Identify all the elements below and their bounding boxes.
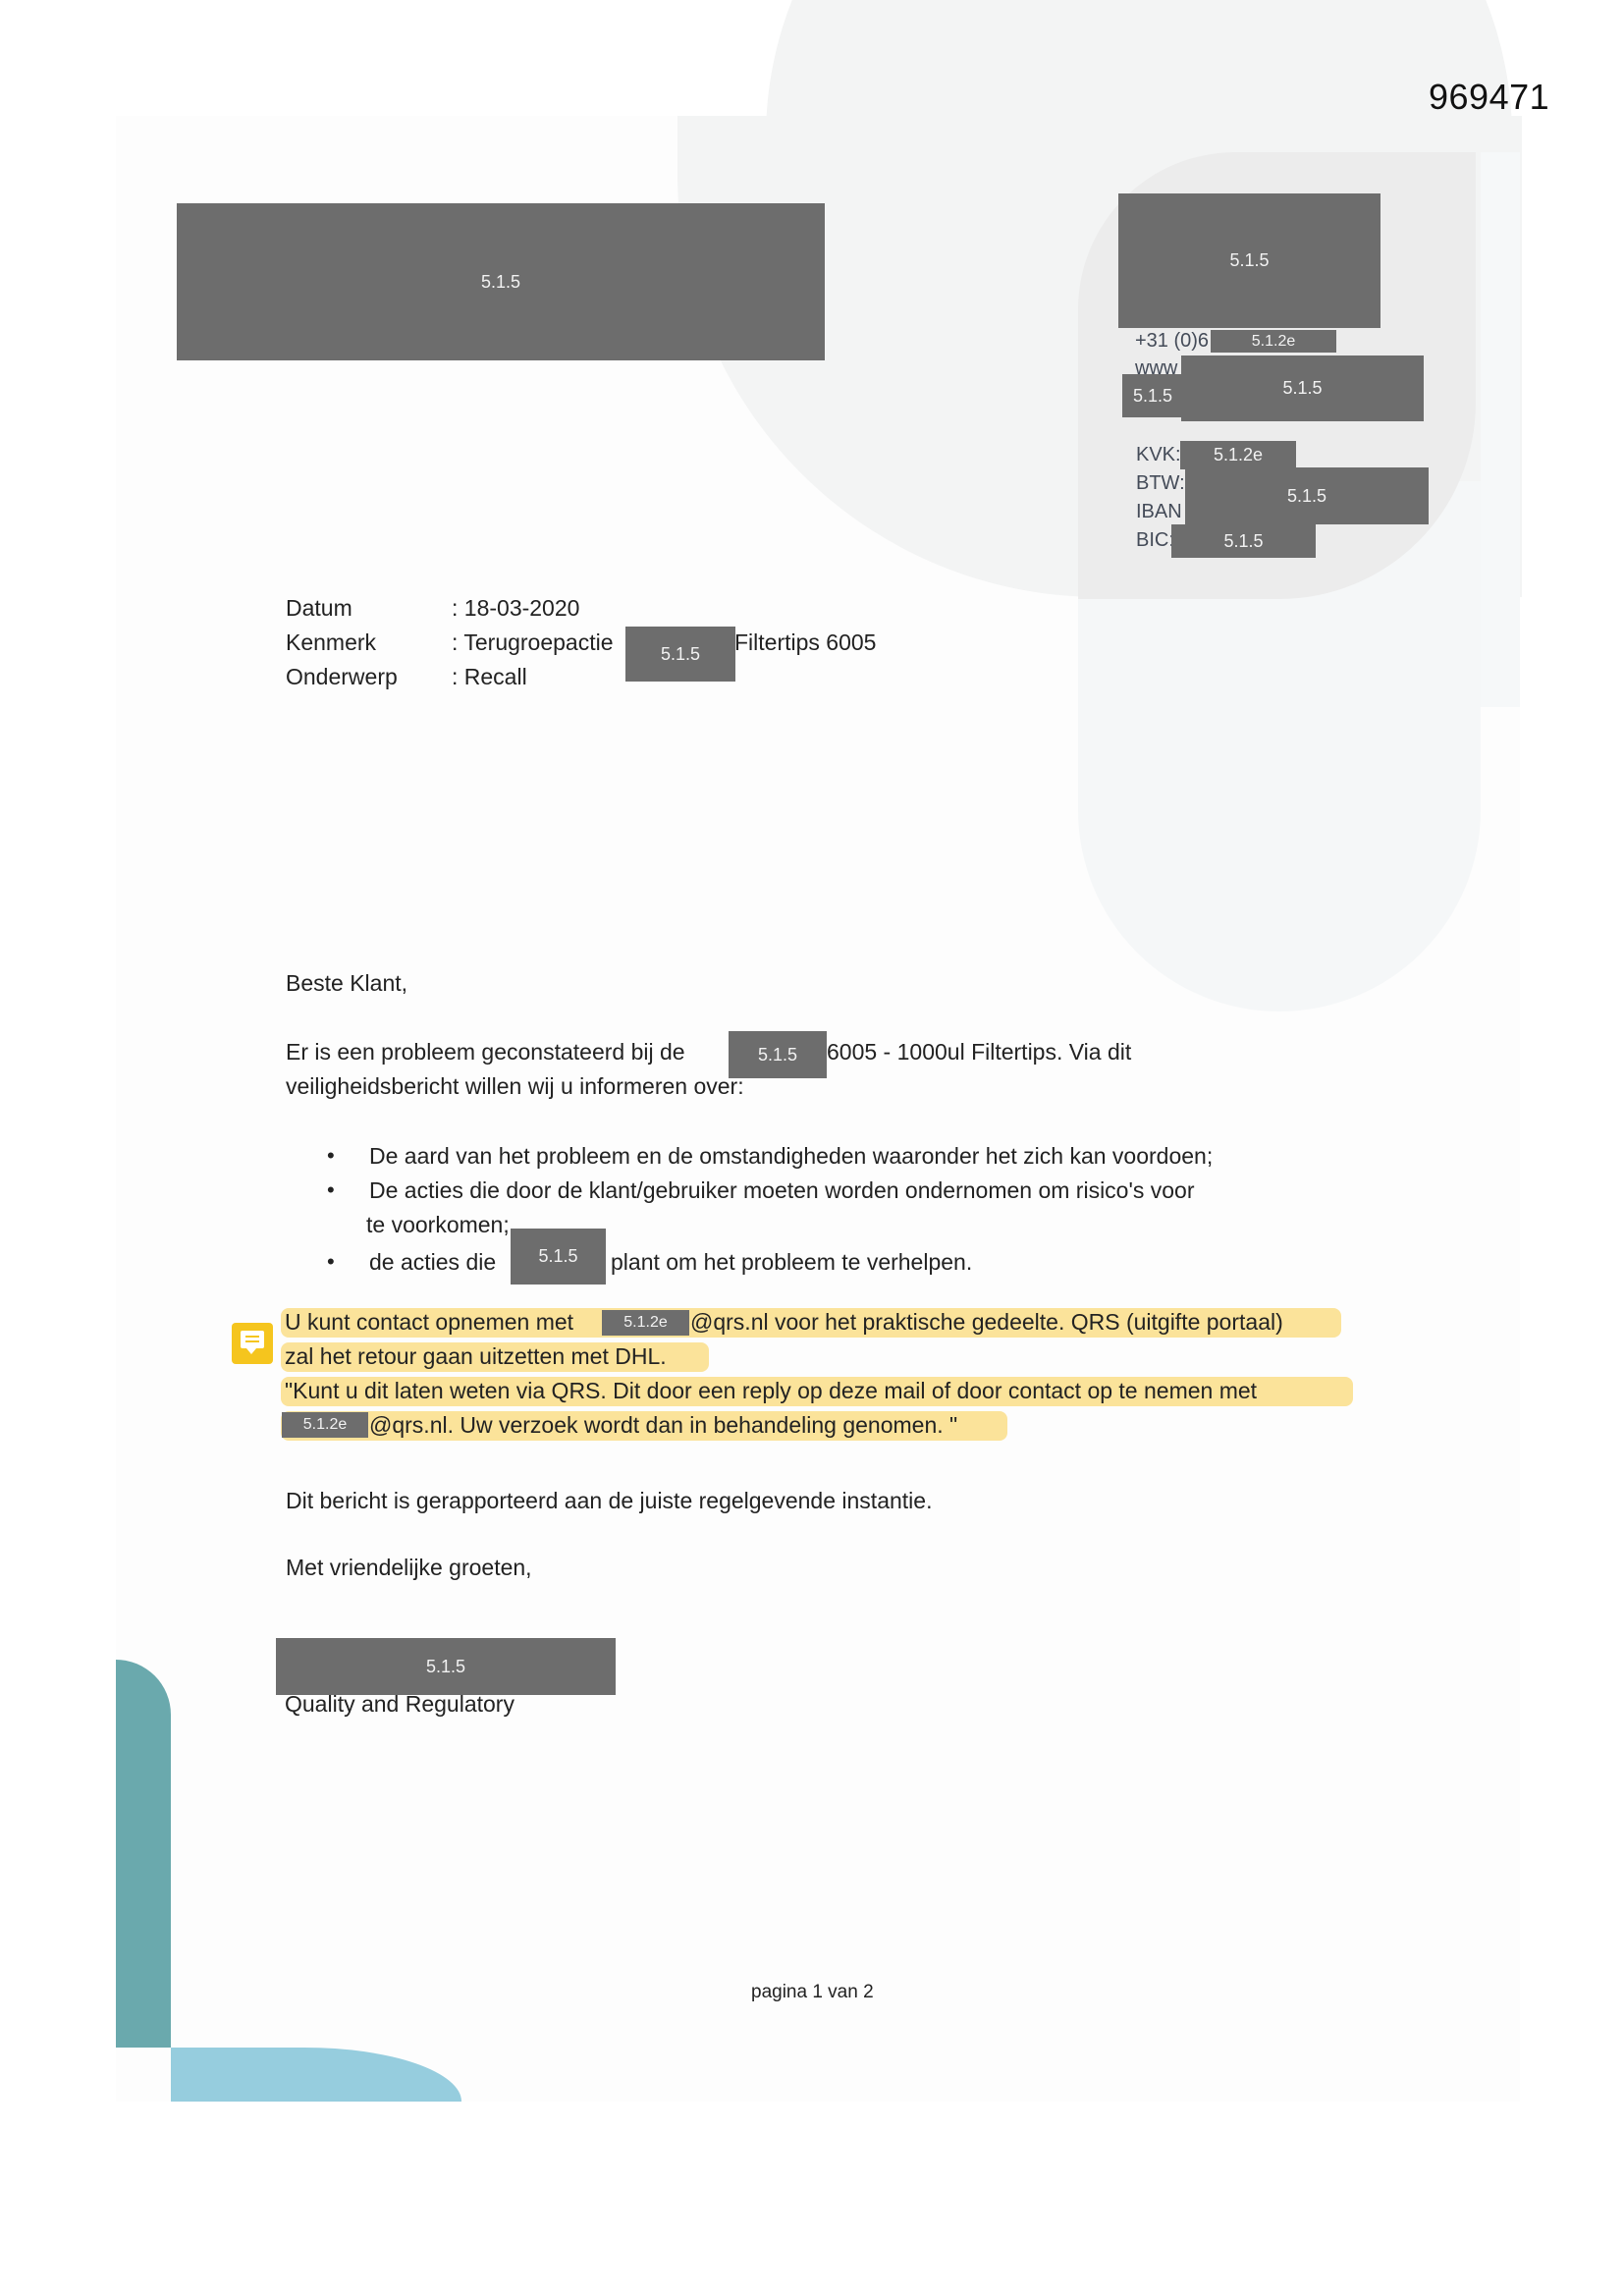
comment-line: [245, 1340, 259, 1342]
decorative-teal-bar: [116, 1660, 171, 2048]
page-number: pagina 1 van 2: [751, 1982, 874, 2003]
iban-label: IBAN: [1136, 501, 1182, 523]
web-redaction-large: 5.1.5: [1181, 355, 1424, 421]
bullet-item-3-after: plant om het probleem te verhelpen.: [611, 1249, 972, 1276]
intro-text-after: 6005 - 1000ul Filtertips. Via dit: [827, 1039, 1131, 1066]
document-number: 969471: [1429, 77, 1549, 118]
highlight-line-3: "Kunt u dit laten weten via QRS. Dit doo…: [285, 1378, 1257, 1404]
bullet-dot: •: [327, 1143, 335, 1169]
comment-line: [245, 1336, 259, 1338]
decorative-strip: [1481, 152, 1520, 707]
bullet-item-3-before: de acties die: [369, 1249, 496, 1276]
highlight-line-1-after: @qrs.nl voor het praktische gedeelte. QR…: [690, 1309, 1283, 1336]
bic-label: BIC:: [1136, 529, 1174, 552]
meta-value-onderwerp: : Recall: [452, 664, 527, 690]
logo-redaction: 5.1.5: [177, 203, 825, 360]
intro-redaction: 5.1.5: [729, 1031, 827, 1078]
highlight-email-redaction-2: 5.1.2e: [282, 1412, 368, 1438]
phone-redaction: 5.1.2e: [1211, 330, 1336, 353]
comment-icon[interactable]: [232, 1323, 273, 1364]
highlight-line-4-after: @qrs.nl. Uw verzoek wordt dan in behande…: [369, 1412, 957, 1439]
intro-line-2: veiligheidsbericht willen wij u informer…: [286, 1073, 744, 1100]
phone-prefix: +31 (0)6: [1135, 330, 1209, 353]
highlight-email-redaction-1: 5.1.2e: [602, 1310, 689, 1336]
meta-label-datum: Datum: [286, 595, 352, 622]
reported-text: Dit bericht is gerapporteerd aan de juis…: [286, 1488, 932, 1514]
kvk-redaction: 5.1.2e: [1180, 441, 1296, 469]
bic-redaction: 5.1.5: [1171, 524, 1316, 558]
bullet-dot: •: [327, 1249, 335, 1275]
btw-iban-redaction: 5.1.5: [1185, 467, 1429, 524]
comment-bubble-icon: [241, 1331, 264, 1348]
bullet-item-1: De aard van het probleem en de omstandig…: [369, 1143, 1213, 1170]
highlight-line-2: zal het retour gaan uitzetten met DHL.: [285, 1343, 667, 1370]
btw-label: BTW:: [1136, 472, 1185, 495]
highlight-line-1-before: U kunt contact opnemen met: [285, 1309, 573, 1336]
bullet-item-2: De acties die door de klant/gebruiker mo…: [369, 1177, 1195, 1204]
meta-label-onderwerp: Onderwerp: [286, 664, 398, 690]
web-redaction-small: 5.1.5: [1122, 374, 1183, 417]
department: Quality and Regulatory: [285, 1691, 514, 1718]
meta-label-kenmerk: Kenmerk: [286, 629, 376, 656]
bullet-dot: •: [327, 1177, 335, 1203]
meta-value-datum: : 18-03-2020: [452, 595, 579, 622]
bullet-item-3-redaction: 5.1.5: [511, 1229, 606, 1285]
intro-text-before: Er is een probleem geconstateerd bij de: [286, 1039, 685, 1066]
signature-redaction: 5.1.5: [276, 1638, 616, 1695]
salutation: Beste Klant,: [286, 970, 407, 997]
company-redaction: 5.1.5: [1118, 193, 1380, 328]
bullet-item-2-continuation: te voorkomen;: [366, 1212, 510, 1238]
kvk-label: KVK:: [1136, 444, 1181, 466]
meta-value-kenmerk: : Terugroepactie: [452, 629, 614, 656]
closing-text: Met vriendelijke groeten,: [286, 1555, 532, 1581]
kenmerk-redaction: 5.1.5: [625, 627, 735, 682]
meta-value-kenmerk-after: Filtertips 6005: [734, 629, 876, 656]
